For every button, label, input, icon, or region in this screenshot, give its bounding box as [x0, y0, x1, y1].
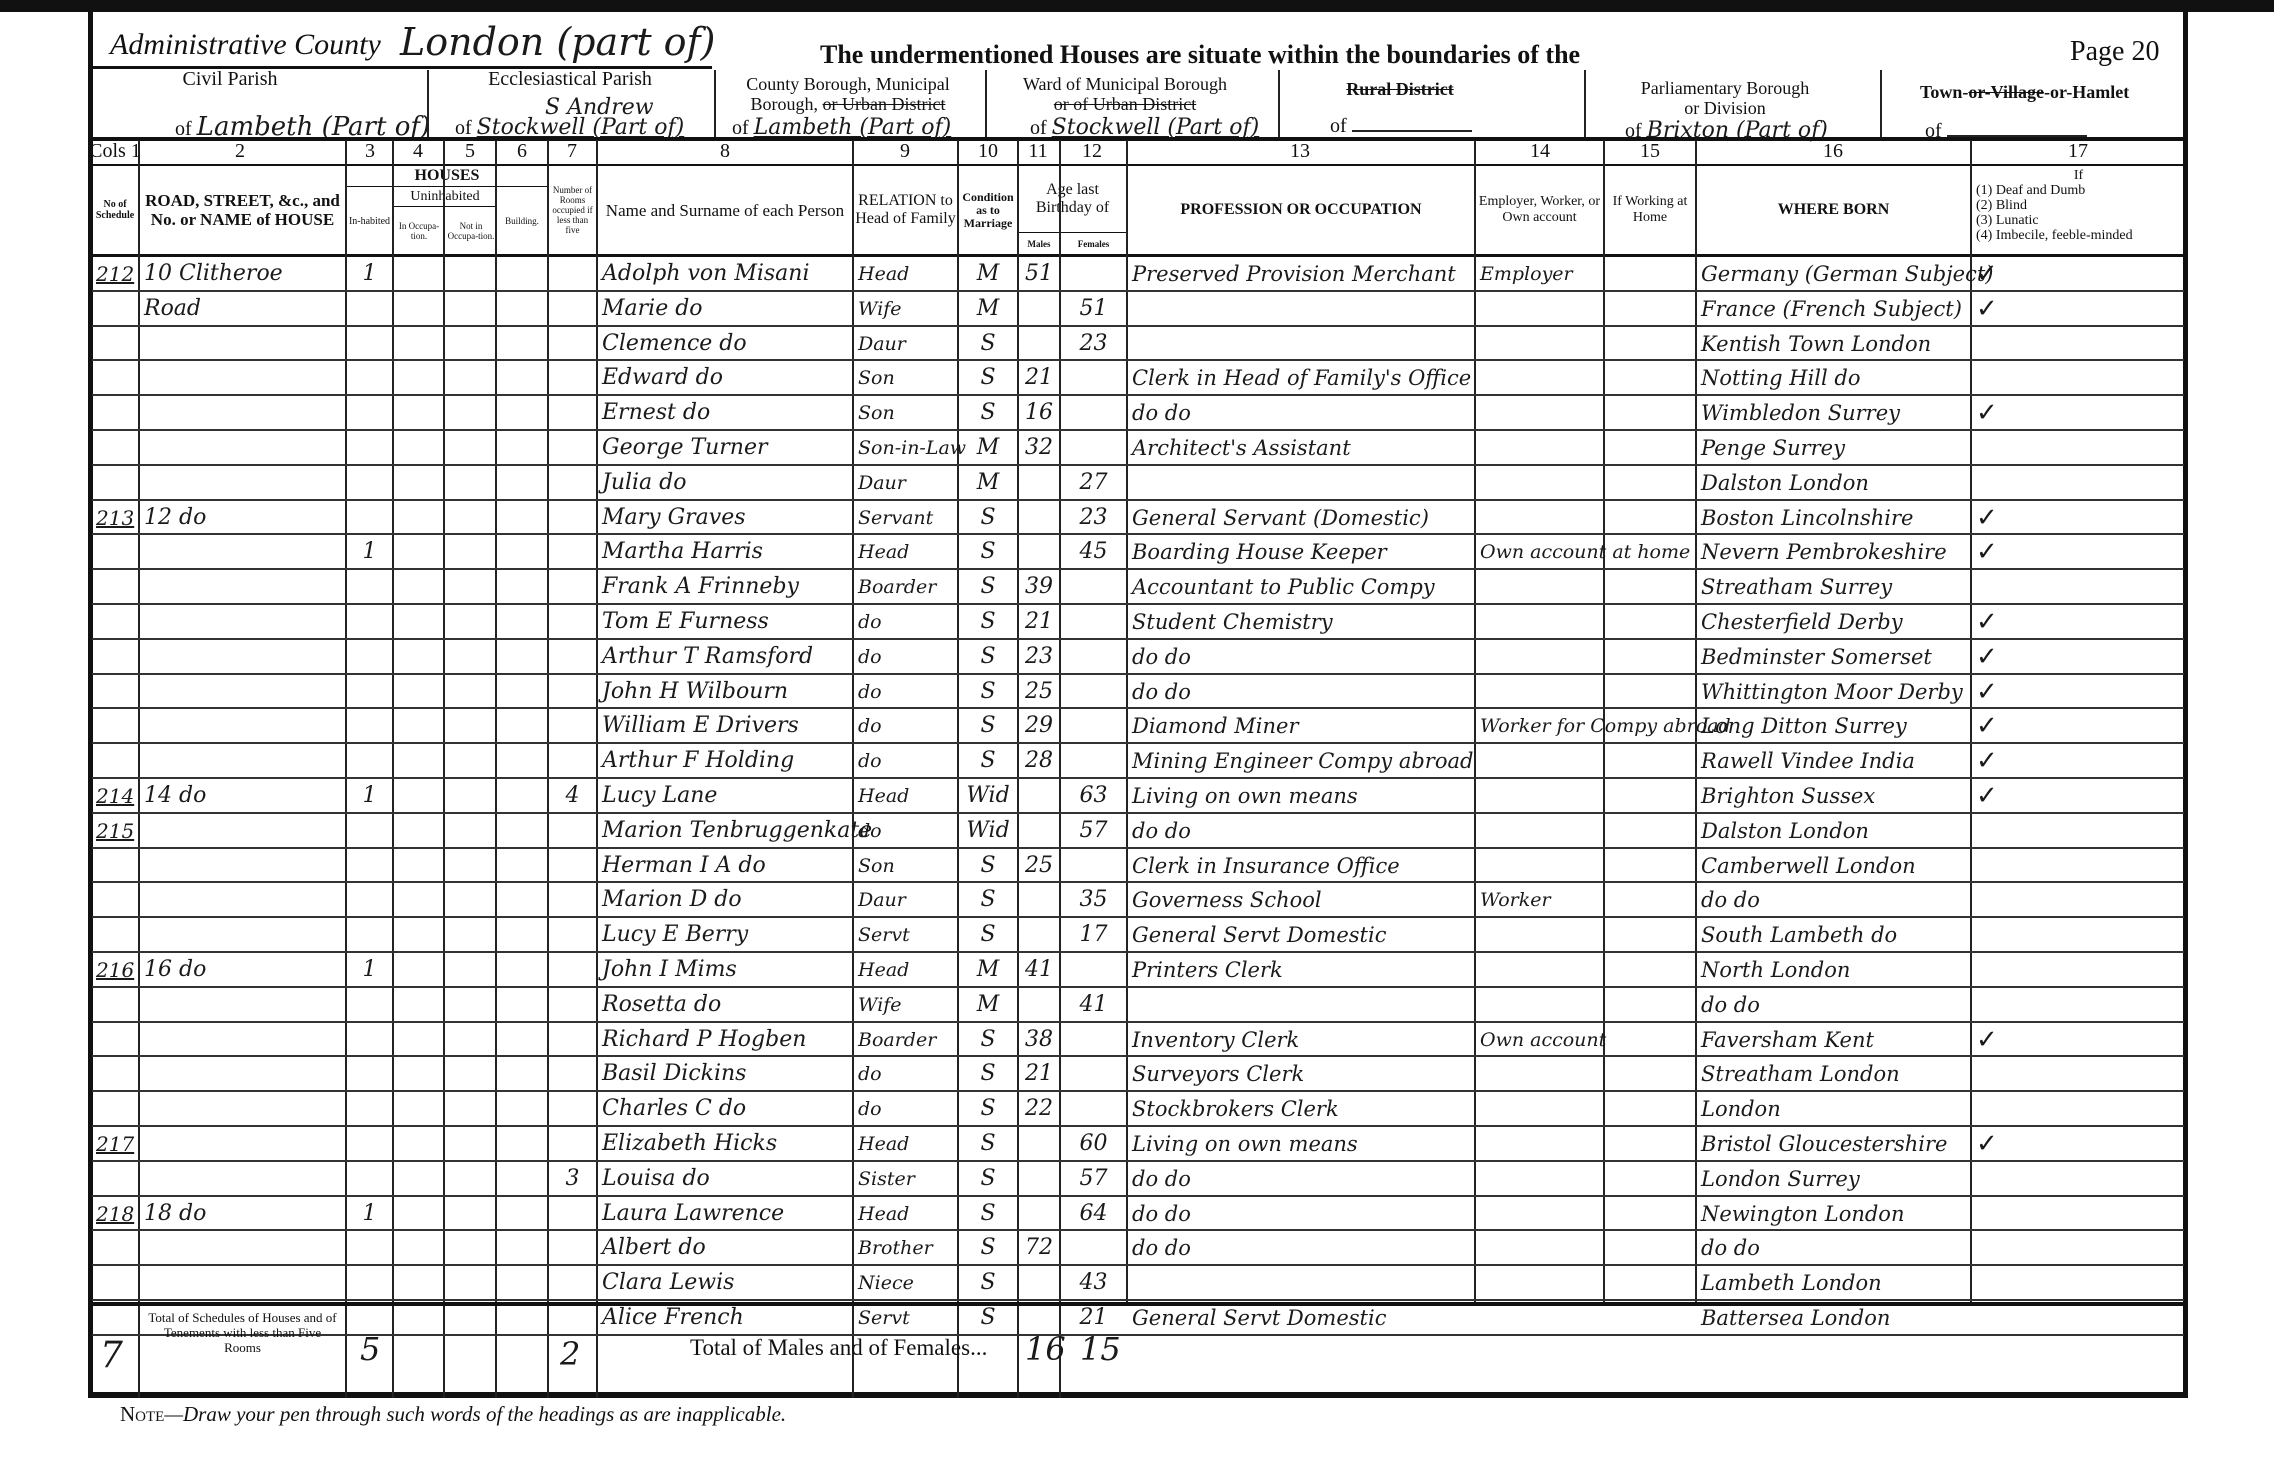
cell-occupation: do do	[1132, 1233, 1191, 1263]
cell-relation: Wife	[858, 294, 902, 324]
subrule	[394, 206, 496, 207]
header-employer: Employer, Worker, or Own account	[1476, 166, 1603, 254]
row-rule	[92, 1299, 2184, 1301]
column-divider	[547, 140, 549, 1398]
cell-born: Penge Surrey	[1701, 433, 1845, 463]
cell-inhabited: 1	[351, 537, 388, 567]
cell-name: Laura Lawrence	[602, 1199, 784, 1229]
column-number: 17	[2048, 140, 2108, 164]
cell-rooms: 4	[553, 781, 592, 811]
cell-schedule: 214	[96, 781, 134, 811]
row-rule	[92, 742, 2184, 744]
row-rule	[92, 951, 2184, 953]
cell-male: 28	[1023, 746, 1055, 776]
cell-employer: Worker for Compy abroad	[1480, 711, 1731, 741]
town-label: Town-or-Village-or-Hamlet	[1920, 82, 2129, 103]
cell-born: Long Ditton Surrey	[1701, 711, 1907, 741]
cell-born: Streatham London	[1701, 1059, 1900, 1089]
column-divider	[1970, 140, 1972, 1302]
cell-female: 64	[1065, 1199, 1122, 1229]
cell-female: 63	[1065, 781, 1122, 811]
cell-female: 43	[1065, 1268, 1122, 1298]
cell-male: 51	[1023, 259, 1055, 289]
rural-district-value	[1352, 130, 1472, 132]
row-rule	[92, 673, 2184, 675]
cell-relation: do	[858, 816, 882, 846]
header-inhabited: In-habited	[347, 188, 392, 254]
cell-name: Clara Lewis	[602, 1268, 734, 1298]
cell-relation: Brother	[858, 1233, 933, 1263]
header-age: Age last Birthday of	[1019, 166, 1126, 232]
column-number: 2	[210, 140, 270, 164]
cell-male: 39	[1023, 572, 1055, 602]
cell-name: Albert do	[602, 1233, 706, 1263]
cell-female: 57	[1065, 816, 1122, 846]
header-infirmity: If (1) Deaf and Dumb (2) Blind (3) Lunat…	[1976, 168, 2181, 243]
cell-infirm: ✓	[1976, 677, 1998, 707]
cell-condition: M	[963, 468, 1013, 498]
header-schedule: No of Schedule	[92, 166, 138, 254]
total-inhabited: 5	[360, 1330, 380, 1368]
cell-name: John H Wilbourn	[602, 677, 788, 707]
cell-condition: S	[963, 537, 1013, 567]
cell-condition: M	[963, 433, 1013, 463]
cell-relation: do	[858, 607, 882, 637]
cell-name: Marie do	[602, 294, 703, 324]
cell-born: Notting Hill do	[1701, 363, 1860, 393]
subrule	[347, 186, 547, 187]
divider	[985, 70, 987, 138]
cell-infirm: ✓	[1976, 1129, 1998, 1159]
cell-condition: S	[963, 920, 1013, 950]
cell-name: Arthur F Holding	[602, 746, 794, 776]
row-rule	[92, 881, 2184, 883]
cell-name: Martha Harris	[602, 537, 763, 567]
header-in-occupation: In Occupa-tion.	[394, 208, 444, 254]
cell-relation: Servant	[858, 503, 933, 533]
divider	[1278, 70, 1280, 138]
cell-born: Germany (German Subject)	[1701, 259, 1994, 289]
cell-infirm: ✓	[1976, 607, 1998, 637]
column-divider	[392, 140, 394, 1398]
cell-name: Ernest do	[602, 398, 710, 428]
cell-occupation: Boarding House Keeper	[1132, 537, 1387, 567]
cell-occupation: Accountant to Public Compy	[1132, 572, 1435, 602]
cell-occupation: Mining Engineer Compy abroad	[1132, 746, 1473, 776]
header-building: Building.	[497, 188, 547, 254]
column-number: 9	[875, 140, 935, 164]
divider	[1880, 70, 1882, 138]
cell-condition: M	[963, 294, 1013, 324]
cell-occupation: General Servt Domestic	[1132, 920, 1386, 950]
divider	[714, 70, 716, 138]
cell-male: 21	[1023, 1059, 1055, 1089]
cell-born: Camberwell London	[1701, 851, 1916, 881]
cell-female: 57	[1065, 1164, 1122, 1194]
row-rule	[92, 1090, 2184, 1092]
column-divider	[1017, 140, 1019, 1398]
cell-female: 41	[1065, 990, 1122, 1020]
cell-female: 51	[1065, 294, 1122, 324]
cell-employer: Worker	[1480, 885, 1551, 915]
cell-born: Rawell Vindee India	[1701, 746, 1915, 776]
cell-female: 23	[1065, 329, 1122, 359]
cell-name: Alice French	[602, 1303, 744, 1333]
row-rule	[92, 290, 2184, 292]
cell-occupation: Preserved Provision Merchant	[1132, 259, 1456, 289]
column-number: 14	[1510, 140, 1570, 164]
cell-relation: do	[858, 677, 882, 707]
header-relation: RELATION to Head of Family	[854, 166, 957, 254]
cell-road: 14 do	[144, 781, 206, 811]
header-uninhabited: Uninhabited	[394, 188, 496, 206]
cell-born: Dalston London	[1701, 468, 1869, 498]
row-rule	[92, 812, 2184, 814]
cell-name: John I Mims	[602, 955, 737, 985]
cell-relation: do	[858, 1059, 882, 1089]
column-divider	[495, 140, 497, 1398]
row-rule	[92, 359, 2184, 361]
cell-condition: M	[963, 990, 1013, 1020]
cell-female: 27	[1065, 468, 1122, 498]
county-borough-label: County Borough, Municipal Borough, or Ur…	[718, 74, 978, 114]
cell-relation: Son	[858, 363, 895, 393]
cell-born: Battersea London	[1701, 1303, 1890, 1333]
ecclesiastical-parish-label: Ecclesiastical Parish	[440, 72, 700, 86]
cell-male: 29	[1023, 711, 1055, 741]
header-name: Name and Surname of each Person	[598, 166, 852, 254]
cell-occupation: do do	[1132, 677, 1191, 707]
total-schedules: 7	[100, 1335, 123, 1376]
cell-male: 22	[1023, 1094, 1055, 1124]
cell-inhabited: 1	[351, 955, 388, 985]
cell-female: 17	[1065, 920, 1122, 950]
cell-condition: S	[963, 1164, 1013, 1194]
cell-male: 38	[1023, 1025, 1055, 1055]
cell-employer: Own account at home	[1480, 537, 1690, 567]
cell-born: London Surrey	[1701, 1164, 1860, 1194]
cell-male: 25	[1023, 851, 1055, 881]
cell-name: Richard P Hogben	[602, 1025, 806, 1055]
column-divider	[1126, 140, 1128, 1302]
cell-born: Lambeth London	[1701, 1268, 1882, 1298]
cell-relation: Wife	[858, 990, 902, 1020]
column-divider	[596, 140, 598, 1398]
cell-occupation: Architect's Assistant	[1132, 433, 1351, 463]
cell-female: 60	[1065, 1129, 1122, 1159]
footer-note: Note—Draw your pen through such words of…	[120, 1402, 786, 1427]
cell-condition: S	[963, 572, 1013, 602]
row-rule	[92, 916, 2184, 918]
cell-relation: Sister	[858, 1164, 915, 1194]
row-rule	[92, 1334, 2184, 1336]
column-number: 13	[1270, 140, 1330, 164]
total-schedules-label: Total of Schedules of Houses and of Tene…	[145, 1310, 340, 1355]
column-number: 15	[1620, 140, 1680, 164]
column-number: 12	[1062, 140, 1122, 164]
row-rule	[92, 499, 2184, 501]
administrative-county-label: Administrative County	[110, 28, 381, 62]
cell-occupation: do do	[1132, 1164, 1191, 1194]
cell-occupation: Surveyors Clerk	[1132, 1059, 1304, 1089]
cell-relation: Niece	[858, 1268, 914, 1298]
column-number: 5	[440, 140, 500, 164]
cell-condition: S	[963, 885, 1013, 915]
cell-condition: S	[963, 1094, 1013, 1124]
cell-born: South Lambeth do	[1701, 920, 1897, 950]
header-rooms: Number of Rooms occupied if less than fi…	[549, 166, 596, 254]
cell-name: Arthur T Ramsford	[602, 642, 813, 672]
cell-relation: do	[858, 711, 882, 741]
cell-born: Chesterfield Derby	[1701, 607, 1903, 637]
cell-name: Frank A Frinneby	[602, 572, 799, 602]
cell-name: Marion Tenbruggenkate	[602, 816, 872, 846]
cell-schedule: 218	[96, 1199, 134, 1229]
header-road: ROAD, STREET, &c., and No. or NAME of HO…	[140, 166, 345, 254]
cell-condition: S	[963, 711, 1013, 741]
header-working-home: If Working at Home	[1605, 166, 1695, 254]
cell-born: Kentish Town London	[1701, 329, 1931, 359]
cell-condition: Wid	[963, 816, 1013, 846]
cell-occupation: General Servant (Domestic)	[1132, 503, 1429, 533]
cell-relation: Daur	[858, 329, 906, 359]
column-number: 7	[542, 140, 602, 164]
cell-condition: S	[963, 1268, 1013, 1298]
cell-name: George Turner	[602, 433, 768, 463]
cell-relation: Head	[858, 781, 909, 811]
cell-occupation: Inventory Clerk	[1132, 1025, 1299, 1055]
cell-occupation: do do	[1132, 398, 1191, 428]
cell-condition: S	[963, 1129, 1013, 1159]
rural-district-field: of	[1330, 115, 1472, 138]
header-rule	[92, 254, 2184, 257]
cell-name: Lucy Lane	[602, 781, 717, 811]
column-number: 8	[695, 140, 755, 164]
cell-born: Bedminster Somerset	[1701, 642, 1932, 672]
cell-occupation: Clerk in Insurance Office	[1132, 851, 1400, 881]
cell-relation: Servt	[858, 920, 910, 950]
cell-born: Streatham Surrey	[1701, 572, 1892, 602]
cell-relation: do	[858, 642, 882, 672]
cell-born: Wimbledon Surrey	[1701, 398, 1900, 428]
cell-relation: Boarder	[858, 1025, 936, 1055]
cell-relation: Daur	[858, 468, 906, 498]
cell-relation: Head	[858, 537, 909, 567]
cell-schedule: 216	[96, 955, 134, 985]
cell-born: Whittington Moor Derby	[1701, 677, 1963, 707]
cell-rooms: 3	[553, 1164, 592, 1194]
cell-condition: S	[963, 746, 1013, 776]
column-divider	[138, 140, 140, 1398]
column-divider	[957, 140, 959, 1398]
cell-relation: Head	[858, 1129, 909, 1159]
header-houses: HOUSES	[347, 166, 547, 186]
cell-condition: S	[963, 329, 1013, 359]
cell-relation: Head	[858, 1199, 909, 1229]
cell-female: 35	[1065, 885, 1122, 915]
cell-male: 21	[1023, 607, 1055, 637]
cell-name: Lucy E Berry	[602, 920, 748, 950]
divider	[1584, 70, 1586, 138]
cell-condition: S	[963, 677, 1013, 707]
cell-condition: S	[963, 363, 1013, 393]
column-number: Cols 1	[85, 140, 145, 164]
cell-born: do do	[1701, 990, 1760, 1020]
cell-male: 21	[1023, 363, 1055, 393]
cell-occupation: Governess School	[1132, 885, 1322, 915]
row-rule	[92, 603, 2184, 605]
row-rule	[92, 707, 2184, 709]
cell-name: Edward do	[602, 363, 723, 393]
ward-label: Ward of Municipal Borough or of Urban Di…	[990, 74, 1260, 114]
cell-female: 23	[1065, 503, 1122, 533]
cell-relation: Son	[858, 398, 895, 428]
cell-born: do do	[1701, 1233, 1760, 1263]
cell-road: 10 Clitheroe	[144, 259, 283, 289]
total-males: 16	[1025, 1330, 1066, 1368]
cell-inhabited: 1	[351, 1199, 388, 1229]
row-rule	[92, 986, 2184, 988]
cell-name: Elizabeth Hicks	[602, 1129, 777, 1159]
row-rule	[92, 429, 2184, 431]
cell-infirm: ✓	[1976, 294, 1998, 324]
header-where-born: WHERE BORN	[1697, 166, 1970, 254]
row-rule	[92, 1125, 2184, 1127]
cell-condition: S	[963, 1025, 1013, 1055]
cell-infirm: ✓	[1976, 781, 1998, 811]
row-rule	[92, 568, 2184, 570]
page-number: Page 20	[2070, 36, 2159, 68]
row-rule	[92, 325, 2184, 327]
cell-relation: Son	[858, 851, 895, 881]
cell-name: Marion D do	[602, 885, 742, 915]
cell-condition: S	[963, 607, 1013, 637]
cell-occupation: Stockbrokers Clerk	[1132, 1094, 1339, 1124]
rural-district-label: Rural District	[1300, 82, 1500, 96]
header-males: Males	[1019, 234, 1059, 254]
cell-born: Brighton Sussex	[1701, 781, 1875, 811]
cell-male: 41	[1023, 955, 1055, 985]
row-rule	[92, 777, 2184, 779]
totals-top-rule	[92, 1302, 2184, 1306]
cell-name: Tom E Furness	[602, 607, 769, 637]
row-rule	[92, 533, 2184, 535]
cell-occupation: Student Chemistry	[1132, 607, 1333, 637]
row-rule	[92, 638, 2184, 640]
cell-occupation: General Servt Domestic	[1132, 1303, 1386, 1333]
row-rule	[92, 1160, 2184, 1162]
cell-male: 16	[1023, 398, 1055, 428]
cell-condition: S	[963, 503, 1013, 533]
column-number: 4	[388, 140, 448, 164]
cell-condition: S	[963, 642, 1013, 672]
cell-name: Mary Graves	[602, 503, 746, 533]
cell-employer: Employer	[1480, 259, 1573, 289]
civil-parish-label: Civil Parish	[100, 72, 360, 86]
cell-schedule: 212	[96, 259, 134, 289]
cell-name: Clemence do	[602, 329, 747, 359]
total-females: 15	[1080, 1330, 1121, 1368]
cell-relation: Head	[858, 259, 909, 289]
cell-relation: do	[858, 746, 882, 776]
cell-occupation: Printers Clerk	[1132, 955, 1283, 985]
divider	[427, 70, 429, 138]
cell-schedule: 213	[96, 503, 134, 533]
row-rule	[92, 1055, 2184, 1057]
cell-occupation: do do	[1132, 816, 1191, 846]
header-not-in-occupation: Not in Occupa-tion.	[446, 208, 496, 254]
cell-born: Nevern Pembrokeshire	[1701, 537, 1947, 567]
top-scan-border	[0, 0, 2274, 12]
cell-infirm: ✓	[1976, 711, 1998, 741]
total-males-females-label: Total of Males and of Females...	[690, 1335, 987, 1361]
cell-relation: Boarder	[858, 572, 936, 602]
parliamentary-borough-label: Parliamentary Borough or Division	[1590, 78, 1860, 118]
cell-infirm: ✓	[1976, 537, 1998, 567]
cell-infirm: ✓	[1976, 642, 1998, 672]
cell-born: do do	[1701, 885, 1760, 915]
cell-condition: M	[963, 259, 1013, 289]
cell-inhabited: 1	[351, 259, 388, 289]
cell-condition: Wid	[963, 781, 1013, 811]
cell-road: Road	[144, 294, 201, 324]
cell-name: Julia do	[602, 468, 687, 498]
cell-infirm: ✓	[1976, 1025, 1998, 1055]
cell-occupation: Clerk in Head of Family's Office	[1132, 363, 1471, 393]
cell-infirm: ✓	[1976, 259, 1998, 289]
cell-female: 21	[1065, 1303, 1122, 1333]
cell-schedule: 215	[96, 816, 134, 846]
cell-relation: Head	[858, 955, 909, 985]
cell-born: Dalston London	[1701, 816, 1869, 846]
cell-male: 25	[1023, 677, 1055, 707]
column-divider	[1474, 140, 1476, 1302]
subrule	[1019, 232, 1126, 233]
cell-name: Louisa do	[602, 1164, 710, 1194]
cell-condition: M	[963, 955, 1013, 985]
row-rule	[92, 1229, 2184, 1231]
cell-road: 18 do	[144, 1199, 206, 1229]
header-occupation: PROFESSION OR OCCUPATION	[1128, 166, 1474, 254]
cell-condition: S	[963, 851, 1013, 881]
cell-name: Rosetta do	[602, 990, 721, 1020]
page-label: Page	[2070, 36, 2124, 67]
cell-occupation: do do	[1132, 1199, 1191, 1229]
cell-born: Faversham Kent	[1701, 1025, 1874, 1055]
cell-relation: Daur	[858, 885, 906, 915]
total-rooms: 2	[560, 1335, 580, 1373]
cell-name: Herman I A do	[602, 851, 766, 881]
cell-name: William E Drivers	[602, 711, 799, 741]
cell-name: Charles C do	[602, 1094, 746, 1124]
column-divider	[345, 140, 347, 1398]
row-rule	[92, 1021, 2184, 1023]
cell-infirm: ✓	[1976, 398, 1998, 428]
cell-born: Boston Lincolnshire	[1701, 503, 1913, 533]
cell-occupation: Living on own means	[1132, 781, 1358, 811]
cell-infirm: ✓	[1976, 503, 1998, 533]
cell-male: 23	[1023, 642, 1055, 672]
row-rule	[92, 1195, 2184, 1197]
cell-road: 12 do	[144, 503, 206, 533]
cell-condition: S	[963, 1233, 1013, 1263]
header-condition: Condition as to Marriage	[959, 166, 1017, 254]
cell-name: Basil Dickins	[602, 1059, 746, 1089]
row-rule	[92, 1264, 2184, 1266]
column-divider	[443, 140, 445, 1398]
cell-infirm: ✓	[1976, 746, 1998, 776]
cell-condition: S	[963, 1199, 1013, 1229]
